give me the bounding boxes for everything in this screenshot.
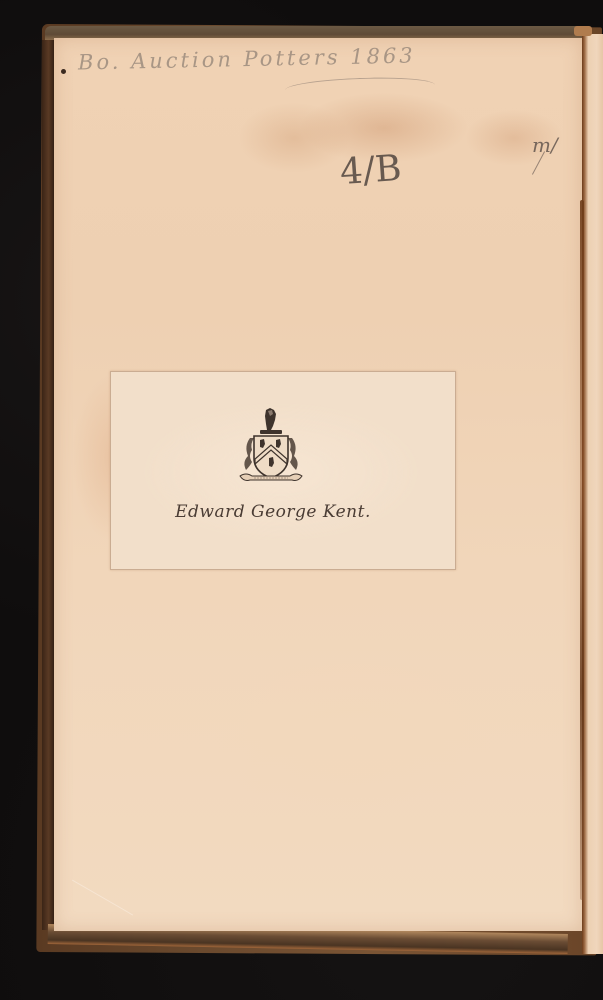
bookplate: Edward George Kent. bbox=[110, 371, 456, 570]
pencil-mark-right: m/ bbox=[532, 133, 558, 157]
gutter-crease bbox=[580, 200, 584, 900]
armorial-crest-icon bbox=[236, 406, 306, 488]
flyleaf-edge bbox=[582, 34, 603, 954]
shelf-mark: 4/B bbox=[339, 148, 403, 193]
corner-tab bbox=[574, 26, 592, 36]
bookplate-owner-name: Edward George Kent. bbox=[111, 502, 455, 522]
pinhole bbox=[61, 69, 66, 74]
